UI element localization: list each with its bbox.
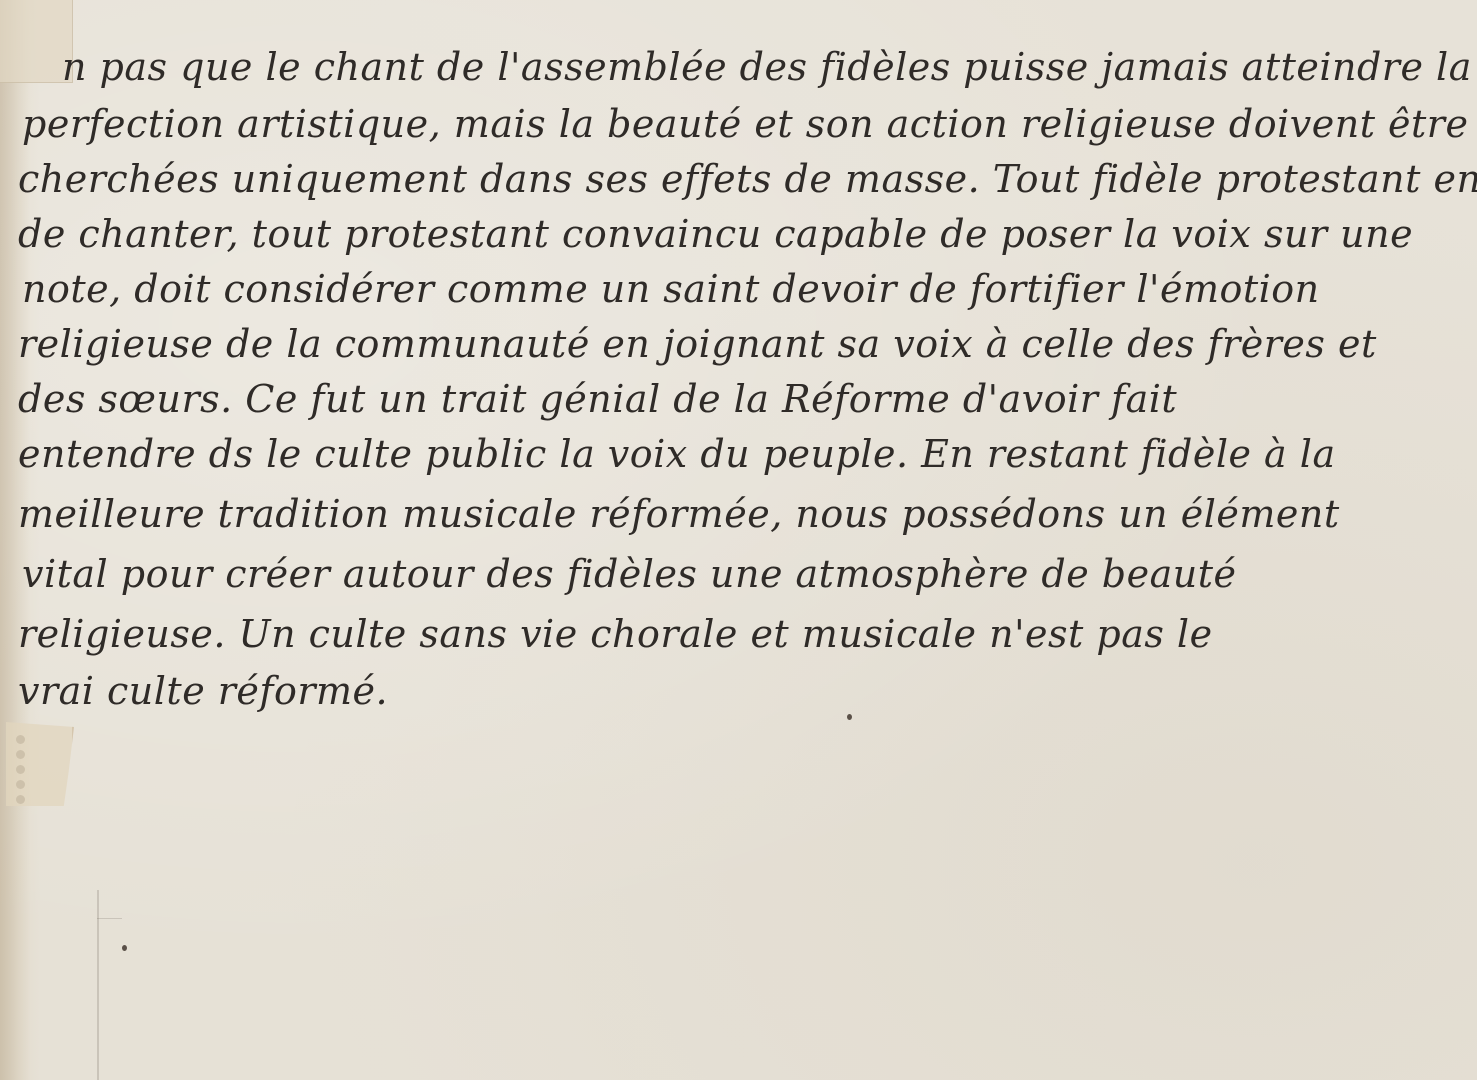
perforation-hole — [16, 750, 25, 759]
perforation-hole — [16, 765, 25, 774]
manuscript-line: vital pour créer autour des fidèles une … — [22, 555, 1236, 593]
ink-dot — [847, 714, 852, 720]
manuscript-line: n pas que le chant de l'assemblée des fi… — [62, 48, 1472, 86]
tape-fragment-bottom — [6, 722, 74, 806]
perforation-hole — [16, 735, 25, 744]
manuscript-line: cherchées uniquement dans ses effets de … — [18, 160, 1477, 198]
manuscript-line: des sœurs. Ce fut un trait génial de la … — [18, 380, 1177, 418]
manuscript-line: vrai culte réformé. — [18, 672, 388, 710]
manuscript-line: note, doit considérer comme un saint dev… — [22, 270, 1320, 308]
ink-spot — [122, 945, 127, 951]
manuscript-line: perfection artistique, mais la beauté et… — [22, 105, 1468, 143]
manuscript-line: de chanter, tout protestant convaincu ca… — [18, 215, 1413, 253]
manuscript-line: religieuse. Un culte sans vie chorale et… — [18, 615, 1213, 653]
manuscript-page: n pas que le chant de l'assemblée des fi… — [0, 0, 1477, 1080]
perforation-hole — [16, 795, 25, 804]
manuscript-line: religieuse de la communauté en joignant … — [18, 325, 1377, 363]
manuscript-line: meilleure tradition musicale réformée, n… — [18, 495, 1340, 533]
perforation-hole — [16, 780, 25, 789]
pencil-mark — [97, 918, 122, 919]
manuscript-line: entendre ds le culte public la voix du p… — [18, 435, 1336, 473]
